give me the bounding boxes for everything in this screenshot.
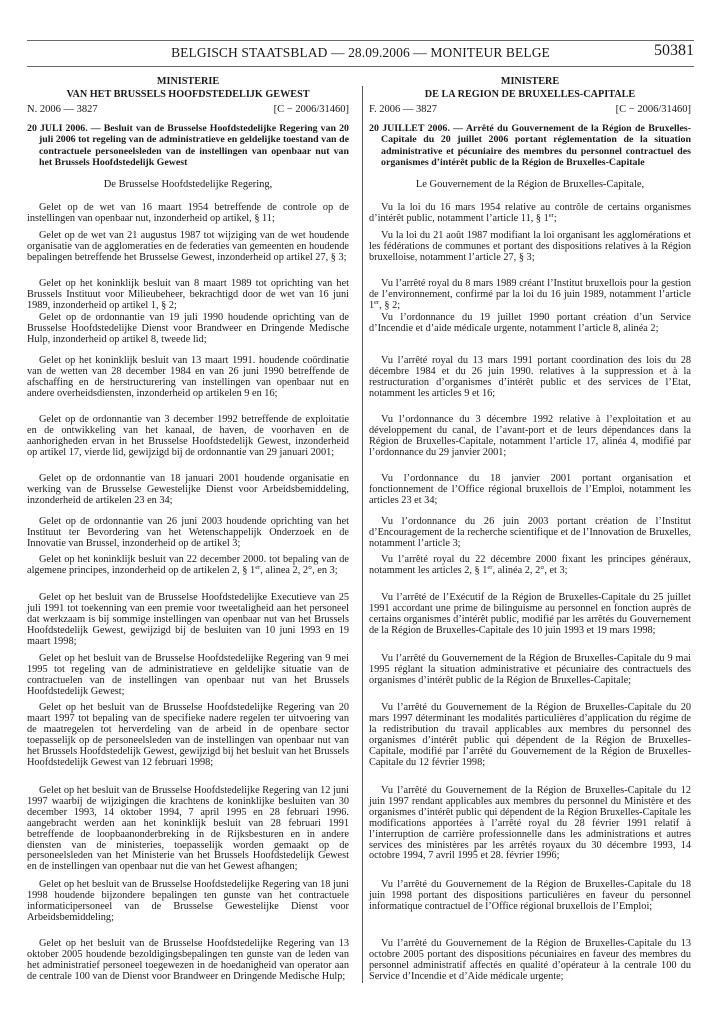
french-paragraph: Vu l’ordonnance du 18 janvier 2001 porta… — [369, 474, 691, 507]
page-number: 50381 — [654, 42, 694, 60]
french-ministry-line1: MINISTERE — [369, 75, 691, 88]
french-paragraph: Vu l’arrêté royal du 8 mars 1989 créant … — [369, 279, 691, 312]
french-number-row: F. 2006 — 3827 [C − 2006/31460] — [369, 104, 691, 115]
dutch-preamble: De Brusselse Hoofdstedelijke Regering, — [27, 179, 349, 190]
dutch-paragraph: Gelet op het besluit van de Brusselse Ho… — [27, 939, 349, 983]
dutch-paragraph: Gelet op de wet van 16 maart 1954 betref… — [27, 203, 349, 225]
dutch-decree-title: 20 JULI 2006. — Besluit van de Brusselse… — [27, 123, 349, 169]
dutch-number-row: N. 2006 — 3827 [C − 2006/31460] — [27, 104, 349, 115]
ordinal-superscript: er — [374, 299, 379, 306]
french-paragraph: Vu l’arrêté du Gouvernement de la Région… — [369, 703, 691, 768]
dutch-paragraph: Gelet op het besluit van de Brusselse Ho… — [27, 880, 349, 924]
french-document-number: F. 2006 — 3827 — [369, 104, 437, 115]
header-bottom-rule — [27, 66, 694, 67]
dutch-document-number: N. 2006 — 3827 — [27, 104, 98, 115]
dutch-paragraph: Gelet op het koninklijk besluit van 22 d… — [27, 555, 349, 577]
french-paragraph: Vu l’ordonnance du 3 décembre 1992 relat… — [369, 415, 691, 459]
dutch-paragraph: Gelet op de ordonnantie van 26 juni 2003… — [27, 517, 349, 550]
dutch-paragraph: Gelet op de ordonnantie van 3 december 1… — [27, 415, 349, 459]
french-paragraph: Vu la loi du 16 mars 1954 relative au co… — [369, 203, 691, 225]
french-paragraph: Vu la loi du 21 août 1987 modifiant la l… — [369, 231, 691, 264]
dutch-paragraph: Gelet op de wet van 21 augustus 1987 tot… — [27, 231, 349, 264]
french-decree-title: 20 JUILLET 2006. — Arrêté du Gouvernemen… — [369, 123, 691, 169]
ordinal-superscript: er — [487, 564, 492, 571]
dutch-reference: [C − 2006/31460] — [274, 104, 349, 115]
french-reference: [C − 2006/31460] — [616, 104, 691, 115]
french-ministry-heading: MINISTERE DE LA REGION DE BRUXELLES-CAPI… — [369, 75, 691, 101]
running-header-title: BELGISCH STAATSBLAD — 28.09.2006 — MONIT… — [27, 45, 694, 61]
french-paragraph: Vu l’ordonnance du 19 juillet 1990 porta… — [369, 313, 691, 335]
dutch-paragraph: Gelet op het besluit van de Brusselse Ho… — [27, 786, 349, 873]
dutch-paragraph: Gelet op het koninklijk besluit van 13 m… — [27, 356, 349, 400]
dutch-ministry-heading: MINISTERIE VAN HET BRUSSELS HOOFDSTEDELI… — [27, 75, 349, 101]
dutch-paragraph: Gelet op het koninklijk besluit van 8 ma… — [27, 279, 349, 312]
column-divider — [362, 86, 363, 983]
dutch-paragraph: Gelet op de ordonnantie van 18 januari 2… — [27, 474, 349, 507]
french-paragraph: Vu l’arrêté du Gouvernement de la Région… — [369, 880, 691, 913]
header-top-rule — [27, 40, 694, 41]
dutch-paragraph: Gelet op het besluit van de Brusselse Ho… — [27, 703, 349, 768]
french-ministry-line2: DE LA REGION DE BRUXELLES-CAPITALE — [369, 88, 691, 101]
ordinal-superscript: er — [255, 564, 260, 571]
dutch-ministry-line1: MINISTERIE — [27, 75, 349, 88]
french-paragraph: Vu l’arrêté du Gouvernement de la Région… — [369, 654, 691, 687]
french-paragraph: Vu l’arrêté royal du 22 décembre 2000 fi… — [369, 555, 691, 577]
dutch-paragraph: Gelet op de ordonnantie van 19 juli 1990… — [27, 313, 349, 346]
french-paragraph: Vu l’arrêté du Gouvernement de la Région… — [369, 939, 691, 983]
dutch-paragraph: Gelet op het besluit van de Brusselse Ho… — [27, 593, 349, 648]
french-paragraph: Vu l’arrêté royal du 13 mars 1991 portan… — [369, 356, 691, 400]
french-paragraph: Vu l’ordonnance du 26 juin 2003 portant … — [369, 517, 691, 550]
french-preamble: Le Gouvernement de la Région de Bruxelle… — [369, 179, 691, 190]
dutch-paragraph: Gelet op het besluit van de Brusselse Ho… — [27, 654, 349, 698]
french-paragraph: Vu l’arrêté de l’Exécutif de la Région d… — [369, 593, 691, 637]
dutch-ministry-line2: VAN HET BRUSSELS HOOFDSTEDELIJK GEWEST — [27, 88, 349, 101]
ordinal-superscript: er — [549, 212, 554, 219]
french-paragraph: Vu l’arrêté du Gouvernement de la Région… — [369, 786, 691, 862]
